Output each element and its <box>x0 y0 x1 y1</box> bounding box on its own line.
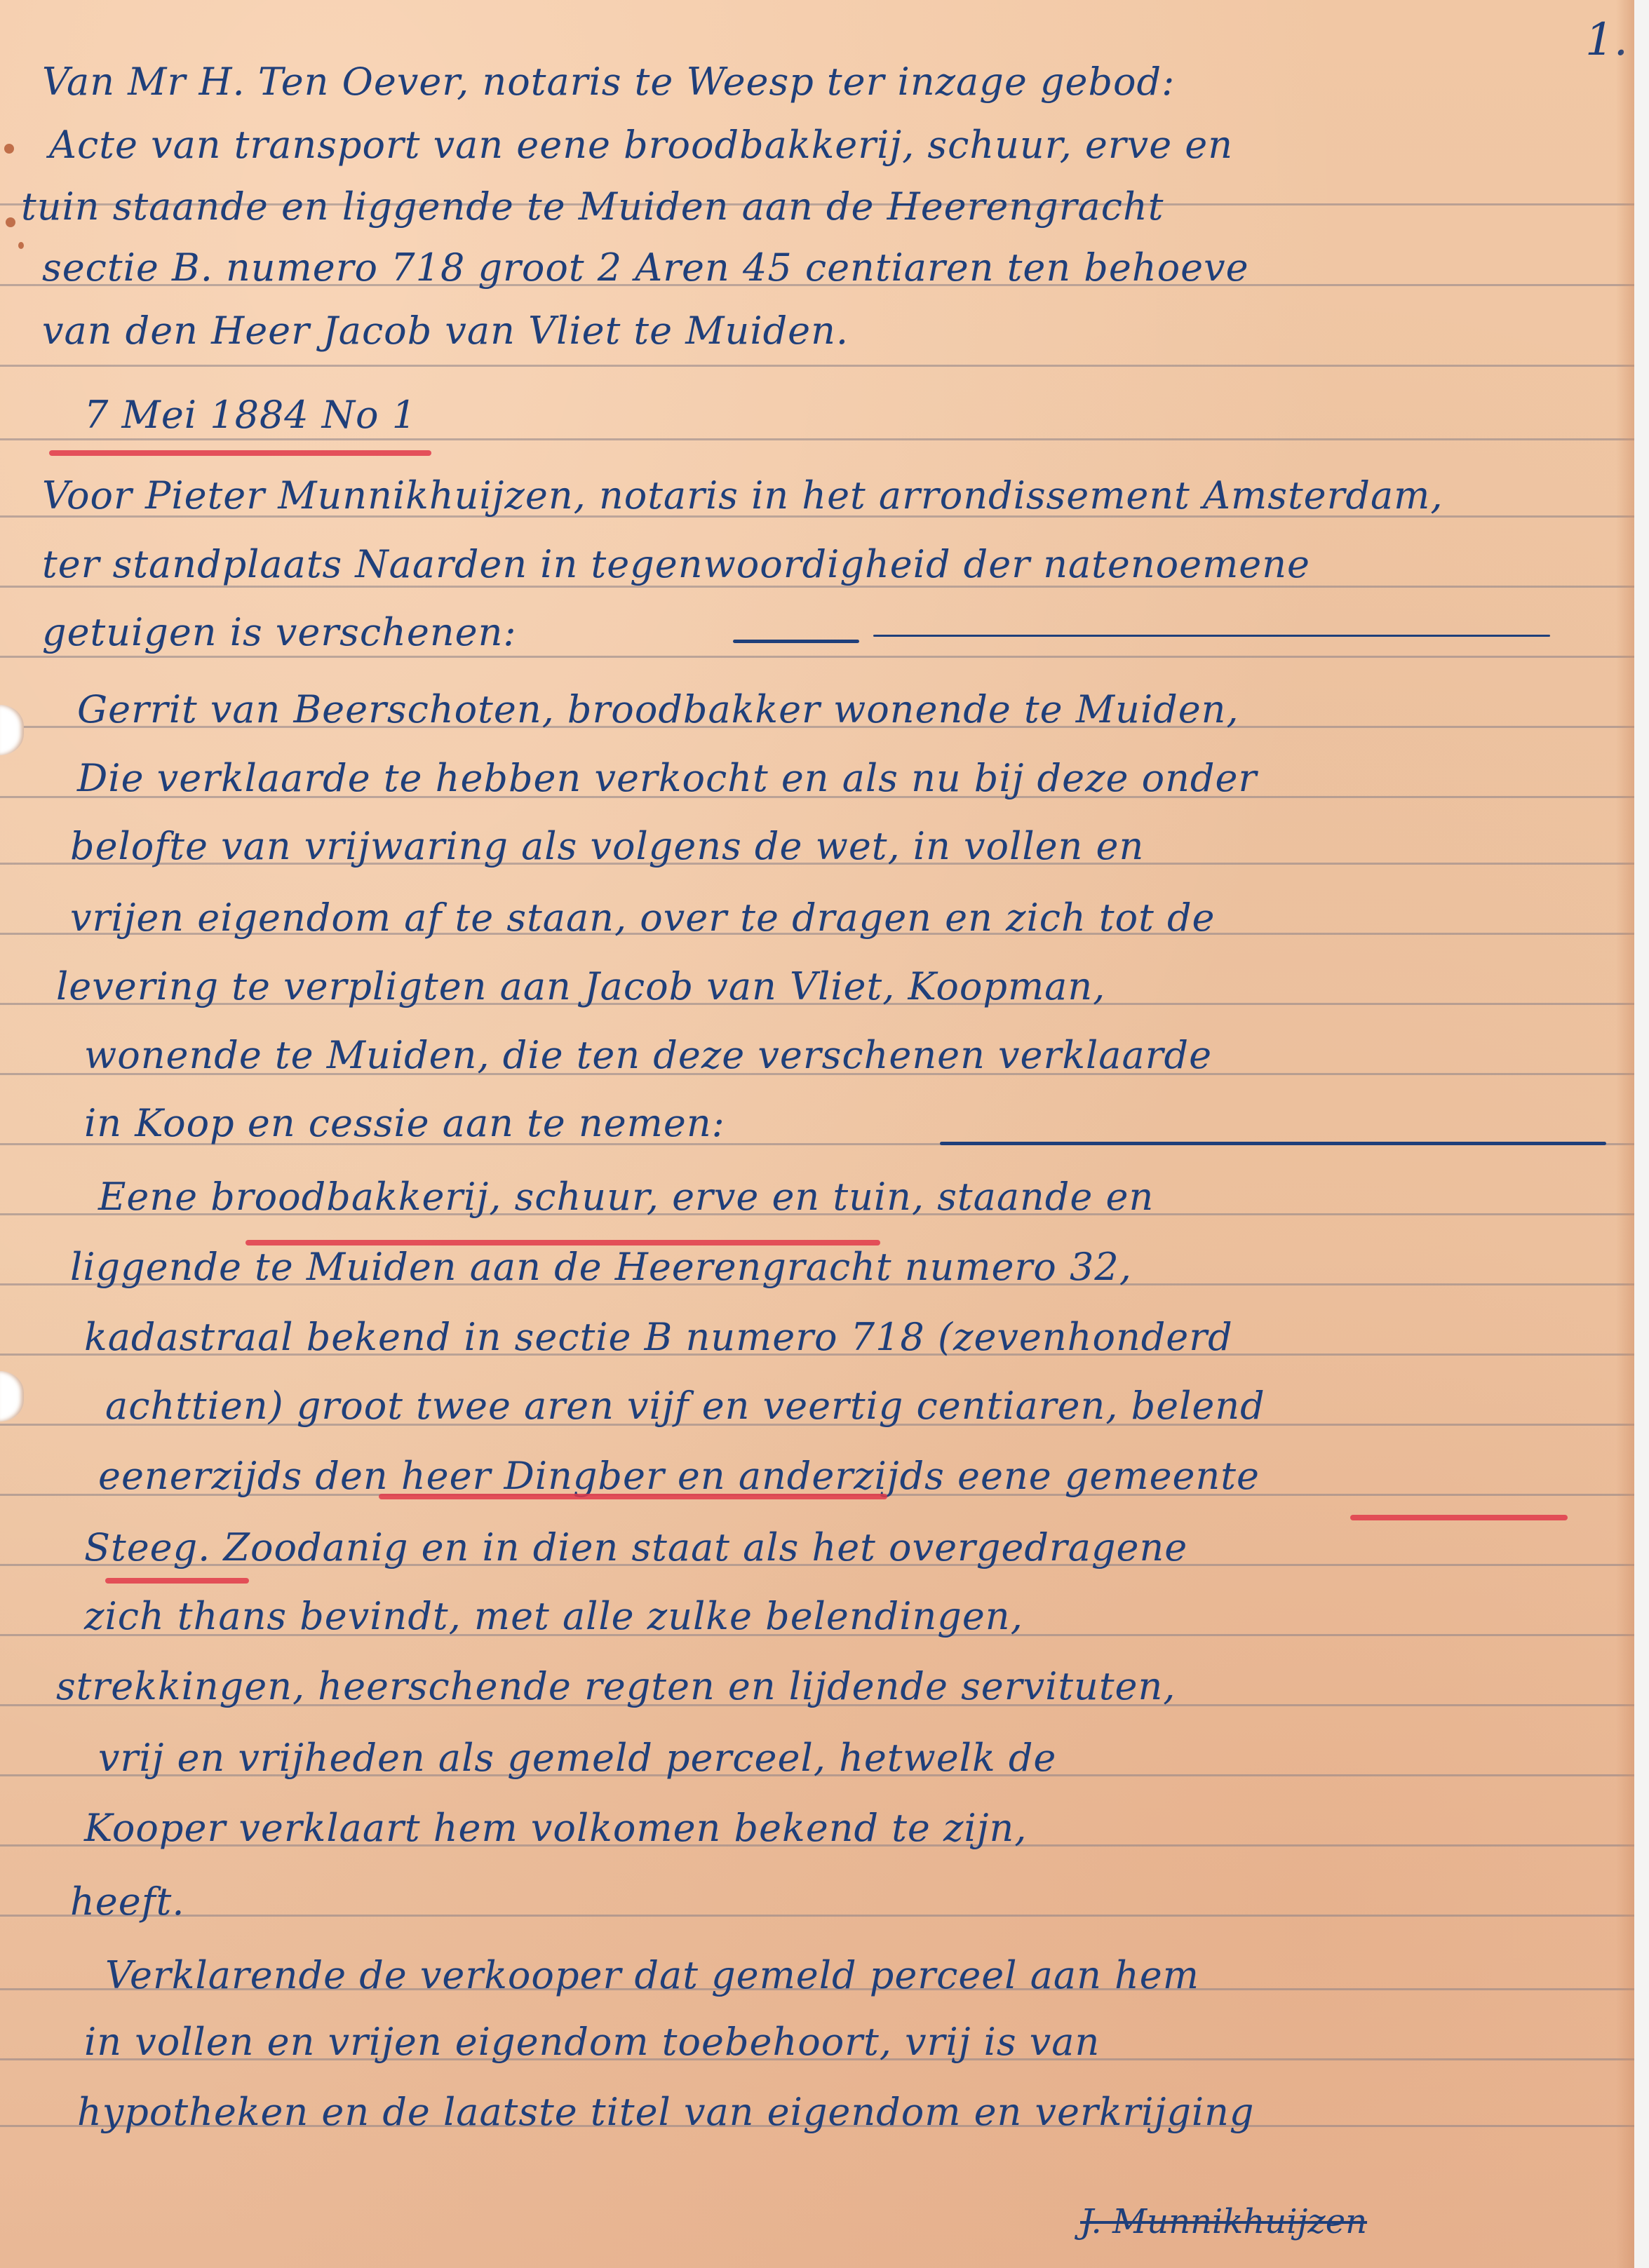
fill-dash <box>940 1142 1606 1145</box>
ruled-line <box>0 438 1634 440</box>
rust-stain <box>6 217 15 227</box>
text-line-19: kadastraal bekend in sectie B numero 718… <box>84 1318 1233 1356</box>
text-line-20: achttien) groot twee aren vijf en veerti… <box>105 1387 1265 1425</box>
rust-stain <box>4 144 14 154</box>
red-underline-broodbakkerij <box>245 1240 880 1246</box>
text-line-23: zich thans bevindt, met alle zulke belen… <box>84 1598 1023 1635</box>
text-line-10: Gerrit van Beerschoten, broodbakker wone… <box>77 691 1239 729</box>
text-line-7: Voor Pieter Munnikhuijzen, notaris in he… <box>42 477 1443 515</box>
text-line-26: Kooper verklaart hem volkomen bekend te … <box>84 1809 1027 1847</box>
text-line-16: in Koop en cessie aan te nemen: <box>84 1105 725 1142</box>
text-line-11: Die verklaarde te hebben verkocht en als… <box>77 760 1257 797</box>
text-line-21: eenerzijds den heer Dingber en anderzijd… <box>98 1457 1260 1495</box>
text-line-15: wonende te Muiden, die ten deze verschen… <box>84 1037 1212 1074</box>
text-line-9: getuigen is verschenen: <box>42 614 517 652</box>
punch-hole <box>0 705 24 755</box>
text-line-2: Acte van transport van eene broodbakkeri… <box>49 126 1233 164</box>
text-line-1: Van Mr H. Ten Oever, notaris te Weesp te… <box>42 63 1175 101</box>
page-number: 1. <box>1585 14 1628 66</box>
text-line-27: heeft. <box>70 1883 185 1921</box>
text-line-4: sectie B. numero 718 groot 2 Aren 45 cen… <box>42 249 1249 287</box>
text-line-24: strekkingen, heerschende regten en lijde… <box>56 1668 1176 1706</box>
text-line-12: belofte van vrijwaring als volgens de we… <box>70 828 1144 865</box>
ruled-line <box>0 365 1634 367</box>
fill-dash <box>733 640 859 643</box>
text-line-3: tuin staande en liggende te Muiden aan d… <box>21 188 1164 226</box>
text-line-8: ter standplaats Naarden in tegenwoordigh… <box>42 546 1310 583</box>
ruled-line <box>0 656 1634 658</box>
fill-dash <box>873 635 1550 637</box>
notary-signature: J. Munnikhuijzen <box>1080 2202 1367 2241</box>
text-line-30: hypotheken en de laatste titel van eigen… <box>77 2093 1255 2131</box>
red-underline-gemeente <box>1350 1515 1568 1520</box>
text-line-22: Steeg. Zoodanig en in dien staat als het… <box>84 1529 1187 1567</box>
text-line-25: vrij en vrijheden als gemeld perceel, he… <box>98 1739 1056 1777</box>
text-line-28: Verklarende de verkooper dat gemeld perc… <box>105 1957 1199 1994</box>
document-page: 1. Van Mr H. Ten Oever, notaris te Weesp… <box>0 0 1634 2268</box>
red-underline-date <box>49 450 431 456</box>
text-line-29: in vollen en vrijen eigendom toebehoort,… <box>84 2023 1100 2061</box>
text-line-13: vrijen eigendom af te staan, over te dra… <box>70 899 1216 937</box>
text-line-17: Eene broodbakkerij, schuur, erve en tuin… <box>98 1178 1154 1216</box>
rust-stain <box>18 242 24 249</box>
red-underline-dingber <box>379 1494 887 1499</box>
punch-hole <box>0 1371 24 1422</box>
date-line: 7 Mei 1884 No 1 <box>84 396 417 434</box>
text-line-18: liggende te Muiden aan de Heerengracht n… <box>70 1248 1132 1286</box>
red-underline-steeg <box>105 1578 249 1584</box>
text-line-5: van den Heer Jacob van Vliet te Muiden. <box>42 312 849 350</box>
text-line-14: levering te verpligten aan Jacob van Vli… <box>56 968 1105 1006</box>
ruled-line <box>0 1915 1634 1917</box>
